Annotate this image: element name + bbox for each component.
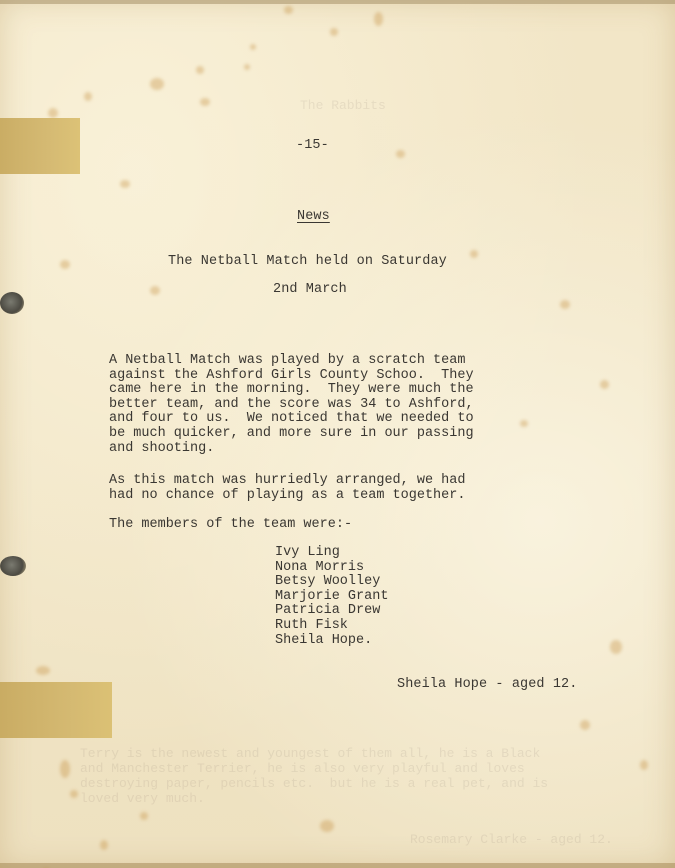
foxing-stain [396,150,405,158]
foxing-stain [36,666,50,675]
paragraph-members-intro: The members of the team were:- [109,518,352,533]
foxing-stain [60,760,70,778]
foxing-stain [140,812,148,820]
section-heading: News [297,209,330,224]
foxing-stain [600,380,609,389]
page-edge-top [0,0,675,4]
foxing-stain [100,840,108,850]
foxing-stain [200,98,210,106]
foxing-stain [70,790,78,798]
page-edge-bottom [0,863,675,868]
punch-hole [0,292,24,314]
foxing-stain [470,250,478,258]
foxing-stain [250,44,256,50]
foxing-stain [84,92,92,101]
foxing-stain [284,6,293,14]
team-member: Betsy Woolley [275,575,388,590]
team-member: Nona Morris [275,561,388,576]
team-member: Marjorie Grant [275,590,388,605]
paragraph-match-report: A Netball Match was played by a scratch … [109,354,474,456]
foxing-stain [520,420,528,427]
paragraph-arrangement: As this match was hurriedly arranged, we… [109,474,465,503]
team-member: Ivy Ling [275,546,388,561]
bleed-through-text: Rosemary Clarke - aged 12. [410,832,613,847]
article-title: The Netball Match held on Saturday [168,254,447,269]
bleed-through-text: The Rabbits [300,98,386,113]
foxing-stain [150,78,164,90]
adhesive-tape-strip [0,682,112,738]
foxing-stain [330,28,338,36]
foxing-stain [560,300,570,309]
foxing-stain [320,820,334,832]
bleed-through-text: Terry is the newest and youngest of them… [80,746,548,806]
foxing-stain [60,260,70,269]
team-member: Patricia Drew [275,604,388,619]
foxing-stain [640,760,648,770]
article-date: 2nd March [273,282,347,297]
foxing-stain [374,12,383,26]
foxing-stain [196,66,204,74]
page-number: -15- [296,138,329,153]
punch-hole [0,556,26,576]
foxing-stain [244,64,250,70]
team-member-list: Ivy Ling Nona Morris Betsy Woolley Marjo… [275,546,388,648]
adhesive-tape-strip [0,118,80,174]
team-member: Ruth Fisk [275,619,388,634]
foxing-stain [610,640,622,654]
team-member: Sheila Hope. [275,634,388,649]
foxing-stain [580,720,590,730]
foxing-stain [120,180,130,188]
foxing-stain [48,108,58,118]
foxing-stain [150,286,160,295]
document-page: The Rabbits Terry is the newest and youn… [0,0,675,868]
author-signature: Sheila Hope - aged 12. [397,677,577,692]
